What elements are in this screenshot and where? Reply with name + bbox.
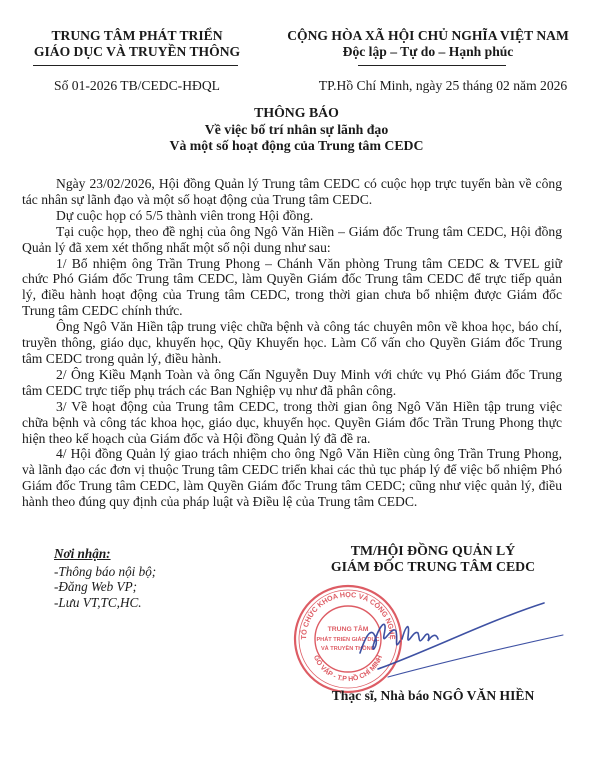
- recipient-item: -Thông báo nội bộ;: [54, 564, 156, 580]
- signature-title-line1: TM/HỘI ĐỒNG QUẢN LÝ: [300, 543, 566, 559]
- nation-name: CỘNG HÒA XÃ HỘI CHỦ NGHĨA VIỆT NAM: [272, 28, 584, 44]
- body-paragraph: 4/ Hội đồng Quản lý giao trách nhiệm cho…: [22, 446, 562, 510]
- body-paragraph: Ngày 23/02/2026, Hội đồng Quản lý Trung …: [22, 176, 562, 208]
- body-paragraph: Ông Ngô Văn Hiền tập trung việc chữa bện…: [22, 319, 562, 367]
- title-line-1: THÔNG BÁO: [0, 105, 593, 122]
- organization-header: TRUNG TÂM PHÁT TRIỂN GIÁO DỤC VÀ TRUYỀN …: [28, 28, 246, 60]
- title-line-2: Về việc bố trí nhân sự lãnh đạo: [0, 122, 593, 139]
- nation-motto: Độc lập – Tự do – Hạnh phúc: [272, 44, 584, 60]
- place-date: TP.Hồ Chí Minh, ngày 25 tháng 02 năm 202…: [298, 78, 588, 94]
- org-name-line1: TRUNG TÂM PHÁT TRIỂN: [28, 28, 246, 44]
- signature-title-line2: GIÁM ĐỐC TRUNG TÂM CEDC: [300, 559, 566, 575]
- body-paragraph: 1/ Bổ nhiệm ông Trần Trung Phong – Chánh…: [22, 256, 562, 320]
- handwritten-signature-icon: [358, 595, 568, 680]
- document-number: Số 01-2026 TB/CEDC-HĐQL: [28, 78, 246, 94]
- recipients-block: Nơi nhận: -Thông báo nội bộ; -Đăng Web V…: [54, 546, 156, 610]
- body-paragraph: Tại cuộc họp, theo đề nghị của ông Ngô V…: [22, 224, 562, 256]
- body-paragraph: 3/ Về hoạt động của Trung tâm CEDC, tron…: [22, 399, 562, 447]
- org-name-line2: GIÁO DỤC VÀ TRUYỀN THÔNG: [28, 44, 246, 60]
- recipient-item: -Đăng Web VP;: [54, 579, 156, 595]
- body-paragraph: 2/ Ông Kiều Mạnh Toàn và ông Cấn Nguyễn …: [22, 367, 562, 399]
- recipient-item: -Lưu VT,TC,HC.: [54, 595, 156, 611]
- document-body: Ngày 23/02/2026, Hội đồng Quản lý Trung …: [22, 176, 562, 510]
- body-paragraph: Dự cuộc họp có 5/5 thành viên trong Hội …: [22, 208, 562, 224]
- recipients-label: Nơi nhận:: [54, 546, 156, 562]
- document-title: THÔNG BÁO Về việc bố trí nhân sự lãnh đạ…: [0, 105, 593, 155]
- signature-title: TM/HỘI ĐỒNG QUẢN LÝ GIÁM ĐỐC TRUNG TÂM C…: [300, 543, 566, 574]
- title-line-3: Và một số hoạt động của Trung tâm CEDC: [0, 138, 593, 155]
- national-motto-header: CỘNG HÒA XÃ HỘI CHỦ NGHĨA VIỆT NAM Độc l…: [272, 28, 584, 60]
- header-divider-left: [33, 65, 238, 66]
- header-divider-right: [358, 65, 506, 66]
- signer-name: Thạc sĩ, Nhà báo NGÔ VĂN HIỀN: [300, 688, 566, 704]
